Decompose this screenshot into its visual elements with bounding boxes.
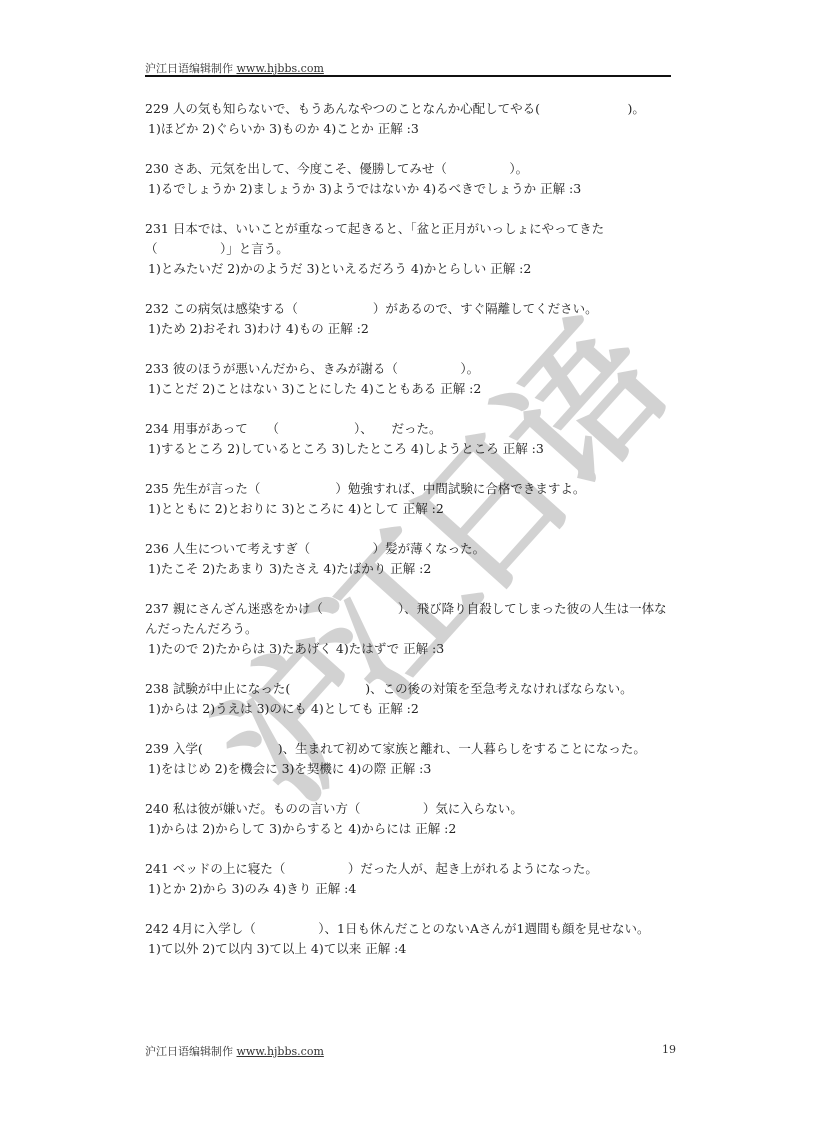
page-footer: 沪江日语编辑制作 www.hjbbs.com xyxy=(145,1043,324,1059)
question-238: 238 試験が中止になった( )、この後の対策を至急考えなければならない。 1)… xyxy=(145,679,675,719)
question-stem: 242 4月に入学し（ ）、1日も休んだことのないAさんが1週間も顔を見せない。 xyxy=(145,919,675,939)
header-label: 沪江日语编辑制作 xyxy=(145,62,233,75)
question-stem: 230 さあ、元気を出して、今度こそ、優勝してみせ（ ）。 xyxy=(145,159,675,179)
page-header: 沪江日语编辑制作 www.hjbbs.com xyxy=(145,60,324,76)
question-options: 1)からは 2)からして 3)からすると 4)からには 正解 :2 xyxy=(145,819,675,839)
footer-link[interactable]: www.hjbbs.com xyxy=(237,1045,324,1058)
question-list: 229 人の気も知らないで、もうあんなやつのことなんか心配してやる( )。 1)… xyxy=(145,99,675,979)
question-241: 241 ベッドの上に寝た（ ）だった人が、起き上がれるようになった。 1)とか … xyxy=(145,859,675,899)
question-stem: 239 入学( )、生まれて初めて家族と離れ、一人暮らしをすることになった。 xyxy=(145,739,675,759)
question-options: 1)とか 2)から 3)のみ 4)きり 正解 :4 xyxy=(145,879,675,899)
question-options: 1)て以外 2)て以内 3)て以上 4)て以来 正解 :4 xyxy=(145,939,675,959)
question-stem: 229 人の気も知らないで、もうあんなやつのことなんか心配してやる( )。 xyxy=(145,99,675,119)
question-236: 236 人生について考えすぎ（ ）髪が薄くなった。 1)たこそ 2)たあまり 3… xyxy=(145,539,675,579)
page-number: 19 xyxy=(662,1043,676,1056)
question-230: 230 さあ、元気を出して、今度こそ、優勝してみせ（ ）。 1)るでしょうか 2… xyxy=(145,159,675,199)
question-stem: 233 彼のほうが悪いんだから、きみが謝る（ ）。 xyxy=(145,359,675,379)
question-stem: 234 用事があって （ ）、 だった。 xyxy=(145,419,675,439)
question-options: 1)とともに 2)とおりに 3)ところに 4)として 正解 :2 xyxy=(145,499,675,519)
header-divider xyxy=(145,75,671,77)
question-240: 240 私は彼が嫌いだ。ものの言い方（ ）気に入らない。 1)からは 2)からし… xyxy=(145,799,675,839)
question-options: 1)るでしょうか 2)ましょうか 3)ようではないか 4)るべきでしょうか 正解… xyxy=(145,179,675,199)
question-options: 1)ほどか 2)ぐらいか 3)ものか 4)ことか 正解 :3 xyxy=(145,119,675,139)
question-stem: 240 私は彼が嫌いだ。ものの言い方（ ）気に入らない。 xyxy=(145,799,675,819)
question-stem: 232 この病気は感染する（ ）があるので、すぐ隔離してください。 xyxy=(145,299,675,319)
question-options: 1)ため 2)おそれ 3)わけ 4)もの 正解 :2 xyxy=(145,319,675,339)
footer-label: 沪江日语编辑制作 xyxy=(145,1045,233,1058)
question-stem: 238 試験が中止になった( )、この後の対策を至急考えなければならない。 xyxy=(145,679,675,699)
question-stem: 231 日本では、いいことが重なって起きると、「盆と正月がいっしょにやってきた（… xyxy=(145,219,675,259)
question-stem: 237 親にさんざん迷惑をかけ（ ）、飛び降り自殺してしまった彼の人生は一体なん… xyxy=(145,599,675,639)
question-options: 1)たこそ 2)たあまり 3)たさえ 4)たばかり 正解 :2 xyxy=(145,559,675,579)
question-239: 239 入学( )、生まれて初めて家族と離れ、一人暮らしをすることになった。 1… xyxy=(145,739,675,779)
header-link[interactable]: www.hjbbs.com xyxy=(237,62,324,75)
question-233: 233 彼のほうが悪いんだから、きみが謝る（ ）。 1)ことだ 2)ことはない … xyxy=(145,359,675,399)
question-242: 242 4月に入学し（ ）、1日も休んだことのないAさんが1週間も顔を見せない。… xyxy=(145,919,675,959)
question-options: 1)するところ 2)しているところ 3)したところ 4)しようところ 正解 :3 xyxy=(145,439,675,459)
question-options: 1)たので 2)たからは 3)たあげく 4)たはずで 正解 :3 xyxy=(145,639,675,659)
question-options: 1)とみたいだ 2)かのようだ 3)といえるだろう 4)かとらしい 正解 :2 xyxy=(145,259,675,279)
question-options: 1)ことだ 2)ことはない 3)ことにした 4)こともある 正解 :2 xyxy=(145,379,675,399)
question-234: 234 用事があって （ ）、 だった。 1)するところ 2)しているところ 3… xyxy=(145,419,675,459)
question-options: 1)からは 2)うえは 3)のにも 4)としても 正解 :2 xyxy=(145,699,675,719)
question-options: 1)をはじめ 2)を機会に 3)を契機に 4)の際 正解 :3 xyxy=(145,759,675,779)
question-stem: 235 先生が言った（ ）勉強すれば、中間試験に合格できますよ。 xyxy=(145,479,675,499)
question-stem: 241 ベッドの上に寝た（ ）だった人が、起き上がれるようになった。 xyxy=(145,859,675,879)
question-stem: 236 人生について考えすぎ（ ）髪が薄くなった。 xyxy=(145,539,675,559)
question-235: 235 先生が言った（ ）勉強すれば、中間試験に合格できますよ。 1)とともに … xyxy=(145,479,675,519)
question-237: 237 親にさんざん迷惑をかけ（ ）、飛び降り自殺してしまった彼の人生は一体なん… xyxy=(145,599,675,659)
question-229: 229 人の気も知らないで、もうあんなやつのことなんか心配してやる( )。 1)… xyxy=(145,99,675,139)
question-232: 232 この病気は感染する（ ）があるので、すぐ隔離してください。 1)ため 2… xyxy=(145,299,675,339)
question-231: 231 日本では、いいことが重なって起きると、「盆と正月がいっしょにやってきた（… xyxy=(145,219,675,279)
